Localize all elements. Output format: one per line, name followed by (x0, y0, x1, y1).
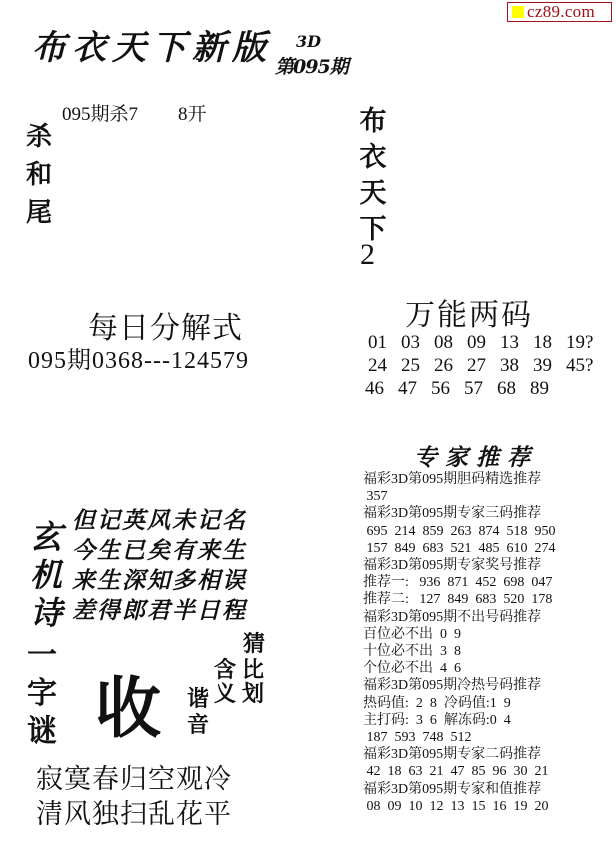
wanneng-row: 01030809131819? (368, 331, 599, 354)
poem-line: 差得郎君半日程 (72, 596, 247, 626)
expert-line: 福彩3D第095期专家奖号推荐 (363, 557, 613, 574)
expert-line: 357 (363, 488, 613, 505)
couplet-line-2: 清风独扫乱花平 (36, 797, 232, 832)
wanneng-row: 24252627383945? (368, 354, 599, 377)
wanneng-grid: 01030809131819? 24252627383945? 46475657… (368, 331, 599, 400)
expert-line: 主打码: 3 6 解冻码:0 4 (363, 712, 613, 729)
riddle-label: 一 字 谜 (27, 637, 63, 751)
hint-meaning: 含 义 (214, 658, 238, 706)
poem-line: 今生已矣有来生 (72, 536, 247, 566)
expert-line: 福彩3D第095期不出号码推荐 (363, 609, 613, 626)
wanneng-title: 万能两码 (405, 290, 533, 334)
hint-homophone: 谐 音 (187, 686, 211, 738)
poem-line: 来生深知多相误 (72, 566, 247, 596)
yellow-square-icon (512, 6, 524, 18)
kill-tail-value: 095期杀7 (62, 104, 138, 125)
mystic-poem-text: 但记英风未记名 今生已矣有来生 来生深知多相误 差得郎君半日程 (72, 506, 247, 626)
kill-tail-vertical-label: 杀 和 尾 (26, 118, 56, 232)
expert-line: 福彩3D第095期专家三码推荐 (363, 505, 613, 522)
expert-line: 福彩3D第095期冷热号码推荐 (363, 677, 613, 694)
couplet: 寂寞春归空观冷 清风独扫乱花平 (36, 762, 232, 832)
expert-title: 专家推荐 (414, 439, 538, 472)
kill-tail-line: 095期杀78开 (62, 99, 207, 126)
expert-line: 百位必不出 0 9 (363, 626, 613, 643)
open-value: 8开 (178, 104, 207, 125)
budy-tianxia-vertical-label: 布 衣 天 下 (358, 104, 388, 248)
expert-line: 695 214 859 263 874 518 950 (363, 523, 613, 540)
game-label: 3D (296, 32, 321, 51)
expert-line: 福彩3D第095期胆码精选推荐 (363, 471, 613, 488)
daily-decomp-value: 095期0368---124579 (28, 340, 249, 375)
poem-line: 但记英风未记名 (72, 506, 247, 536)
hint-guess: 猜 (243, 632, 267, 656)
couplet-line-1: 寂寞春归空观冷 (36, 762, 232, 797)
expert-line: 42 18 63 21 47 85 96 30 21 (363, 763, 613, 780)
expert-line: 推荐二: 127 849 683 520 178 (363, 591, 613, 608)
expert-line: 推荐一: 936 871 452 698 047 (363, 574, 613, 591)
wanneng-row: 464756576889 (365, 377, 599, 400)
expert-line: 157 849 683 521 485 610 274 (363, 540, 613, 557)
site-name: cz89.com (527, 2, 595, 22)
issue-label: 第095期 (275, 52, 348, 79)
expert-line: 08 09 10 12 13 15 16 19 20 (363, 798, 613, 815)
expert-line: 187 593 748 512 (363, 729, 613, 746)
page-title: 布衣天下新版 (32, 20, 272, 69)
budy-tianxia-number: 2 (360, 238, 375, 272)
expert-line: 个位必不出 4 6 (363, 660, 613, 677)
expert-line: 福彩3D第095期专家二码推荐 (363, 746, 613, 763)
riddle-character: 收 (95, 655, 161, 750)
expert-list: 福彩3D第095期胆码精选推荐 357 福彩3D第095期专家三码推荐 695 … (363, 471, 613, 815)
mystic-poem-label: 玄 机 诗 (30, 518, 66, 632)
expert-line: 热码值: 2 8 冷码值:1 9 (363, 695, 613, 712)
expert-line: 十位必不出 3 8 (363, 643, 613, 660)
site-watermark-badge: cz89.com (507, 2, 612, 22)
hint-strokes: 比 划 (242, 658, 266, 706)
expert-line: 福彩3D第095期专家和值推荐 (363, 781, 613, 798)
